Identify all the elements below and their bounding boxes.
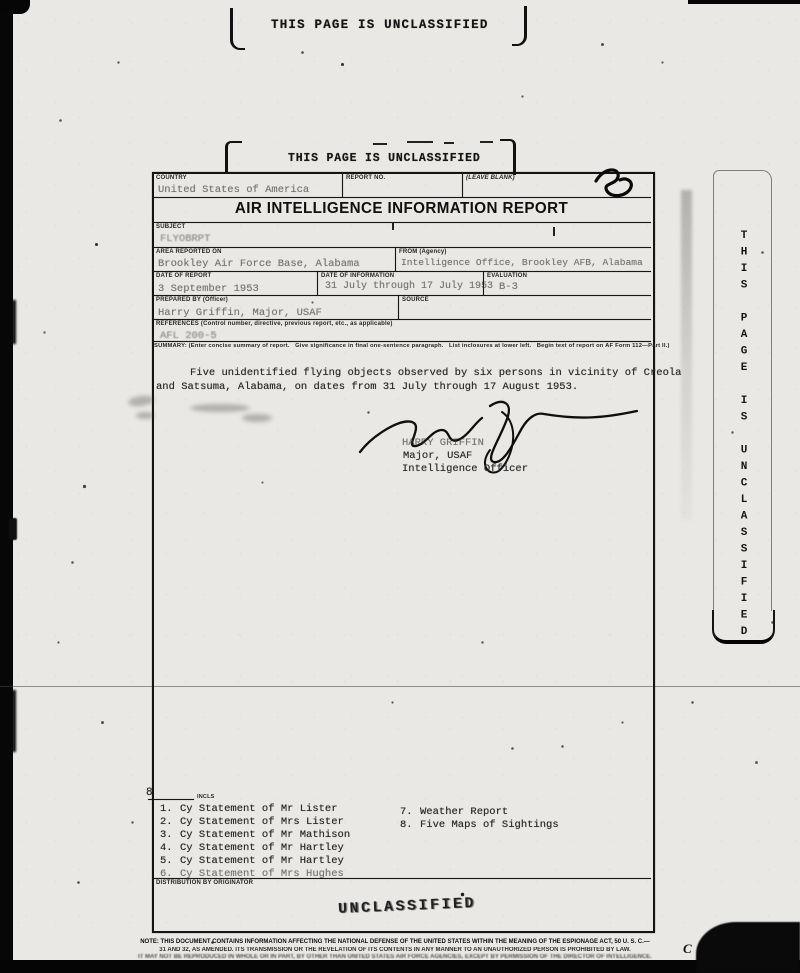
form-line — [152, 197, 651, 198]
pencil-smudge — [190, 404, 250, 412]
from-agency-label: FROM (Agency) — [399, 249, 447, 255]
inclosure-item-text: Five Maps of Sightings — [420, 819, 559, 831]
inclosure-item-text: Cy Statement of Mr Hartley — [180, 842, 344, 854]
date-of-information-value: 31 July through 17 July 1953 — [325, 281, 493, 292]
inclosure-item-text: Cy Statement of Mrs Lister — [180, 816, 344, 828]
date-of-report-label: DATE OF REPORT — [156, 273, 211, 279]
espionage-act-note: NOTE: THIS DOCUMENT CONTAINS INFORMATION… — [131, 939, 659, 962]
country-label: COUNTRY — [156, 175, 187, 181]
inclosure-item-num: 2. — [160, 816, 173, 828]
crop-bracket — [230, 8, 245, 50]
scan-corner-top-left — [0, 0, 30, 14]
evaluation-label: EVALUATION — [487, 273, 527, 279]
inclosure-item-num: 6. — [160, 868, 173, 880]
form-line — [462, 172, 463, 197]
references-label: REFERENCES (Control number, directive, p… — [156, 321, 393, 327]
summary-text-line1: Five unidentified flying objects observe… — [190, 367, 681, 379]
scan-blob-bottom-right — [696, 922, 800, 973]
leave-blank-label: (LEAVE BLANK) — [466, 175, 515, 181]
form-line — [342, 172, 343, 197]
crop-bracket — [512, 6, 527, 46]
stray-mark — [407, 141, 433, 143]
date-of-report-value: 3 September 1953 — [158, 283, 259, 295]
form-line — [317, 271, 318, 295]
form-line — [395, 247, 396, 271]
source-label: SOURCE — [402, 297, 429, 303]
prepared-by-value: Harry Griffin, Major, USAF — [158, 307, 322, 319]
stray-mark — [392, 222, 394, 230]
signature-title: Intelligence Officer — [402, 463, 528, 475]
from-agency-value: Intelligence Office, Brookley AFB, Alaba… — [401, 257, 643, 268]
inclosure-heading: INCLS — [197, 794, 215, 800]
inclosure-item-num: 4. — [160, 842, 173, 854]
note-line: 31 AND 32, AS AMENDED. ITS TRANSMISSION … — [131, 947, 659, 955]
references-value: AFL 200-5 — [160, 330, 217, 342]
scan-edge-bump — [12, 690, 16, 752]
summary-text-line2: and Satsuma, Alabama, on dates from 31 J… — [156, 381, 578, 393]
form-line — [152, 271, 651, 272]
pencil-smudge — [127, 394, 154, 408]
crop-bracket — [225, 141, 242, 173]
scan-edge-top-right — [688, 0, 800, 4]
scan-edge-bottom — [0, 960, 800, 973]
mid-classification-banner: THIS PAGE IS UNCLASSIFIED — [288, 152, 481, 165]
inclosure-underline — [148, 799, 194, 800]
subject-value: FLYOBRPT — [160, 233, 210, 245]
crop-bracket — [500, 139, 516, 175]
note-line: NOTE: THIS DOCUMENT CONTAINS INFORMATION… — [131, 939, 659, 947]
corner-mark: C — [683, 941, 692, 957]
scan-noise-speckles — [0, 0, 1, 1]
inclosure-item-text: Weather Report — [420, 806, 508, 818]
inclosure-item-text: Cy Statement of Mr Mathison — [180, 829, 350, 841]
inclosure-item-text: Cy Statement of Mr Lister — [180, 803, 338, 815]
pencil-smudge — [136, 412, 154, 419]
scan-edge-bump — [12, 300, 16, 344]
date-of-information-label: DATE OF INFORMATION — [321, 273, 394, 279]
inclosure-item-num: 7. — [400, 806, 413, 818]
inclosure-count: 8 — [146, 787, 153, 799]
inclosure-item-text: Cy Statement of Mr Hartley — [180, 855, 344, 867]
subject-label: SUBJECT — [156, 224, 185, 230]
signature-typed-name: HARRY GRIFFIN — [402, 437, 484, 449]
scanned-document-page: THIS PAGE IS UNCLASSIFIED THIS PAGE IS U… — [0, 0, 800, 973]
area-reported-value: Brookley Air Force Base, Alabama — [158, 258, 360, 270]
prepared-by-label: PREPARED BY (Officer) — [156, 297, 228, 303]
stray-mark — [444, 142, 454, 144]
scan-edge-left — [0, 0, 13, 973]
ink-mark — [9, 518, 17, 540]
evaluation-value: B-3 — [499, 281, 518, 293]
country-value: United States of America — [158, 184, 309, 196]
area-reported-label: AREA REPORTED ON — [156, 249, 222, 255]
top-classification-banner: THIS PAGE IS UNCLASSIFIED — [271, 18, 489, 32]
stray-mark — [553, 227, 555, 236]
ink-scribble — [590, 165, 638, 207]
form-line — [398, 295, 399, 319]
scan-streak — [681, 190, 692, 520]
form-title: AIR INTELLIGENCE INFORMATION REPORT — [157, 200, 646, 218]
distribution-label: DISTRIBUTION BY ORIGINATOR — [156, 880, 253, 886]
inclosure-item-num: 1. — [160, 803, 173, 815]
report-no-label: REPORT NO. — [346, 175, 385, 181]
inclosure-item-num: 3. — [160, 829, 173, 841]
stray-mark — [373, 143, 387, 145]
pencil-smudge — [242, 414, 272, 422]
inclosure-item-num: 5. — [160, 855, 173, 867]
inclosure-item-num: 8. — [400, 819, 413, 831]
side-classification-banner: THIS PAGE IS UNCLASSIFIED — [738, 230, 750, 610]
inclosure-item-text: Cy Statement of Mrs Hughes — [180, 868, 344, 880]
signature-rank: Major, USAF — [403, 450, 472, 462]
summary-label: SUMMARY: (Enter concise summary of repor… — [154, 343, 670, 349]
form-line — [152, 222, 651, 223]
stray-mark — [480, 141, 493, 143]
